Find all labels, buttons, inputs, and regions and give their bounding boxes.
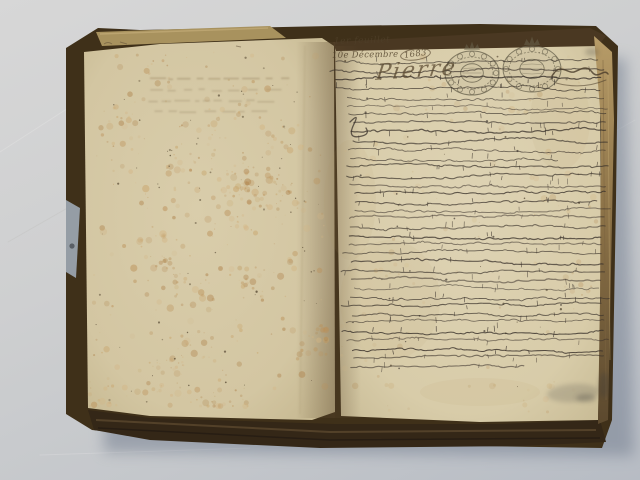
photo-of-open-manuscript: 1er feuillet 10e Décembre1683 Pierre xyxy=(0,0,640,480)
manuscript-artwork xyxy=(0,0,640,480)
